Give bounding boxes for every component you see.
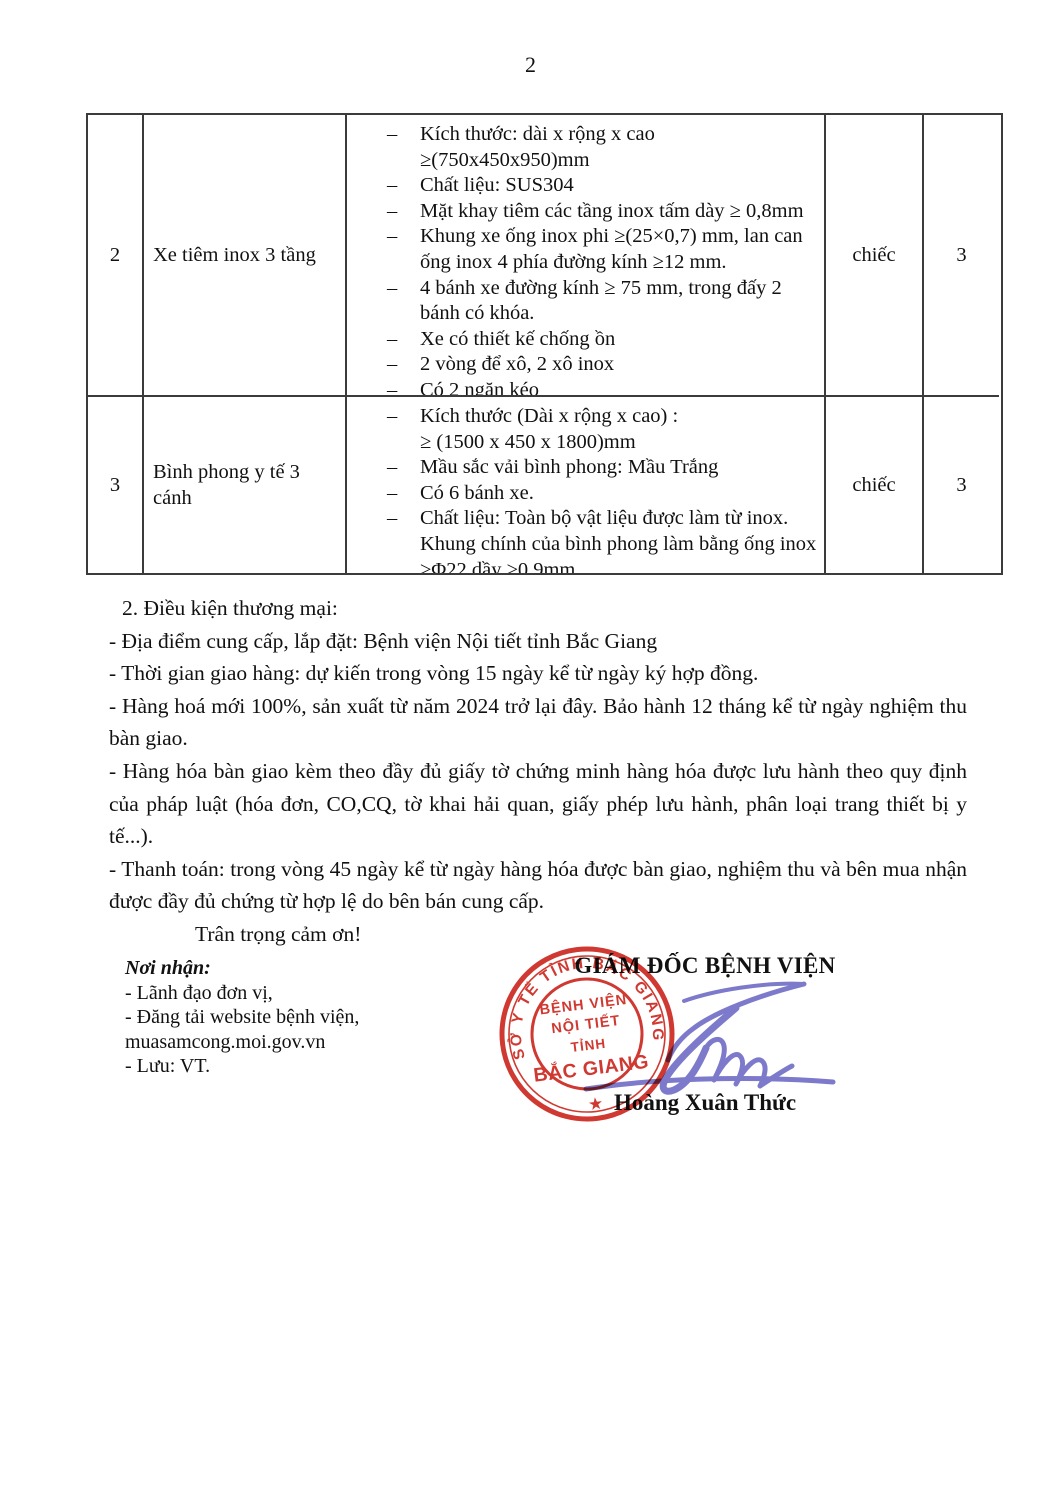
spec-line: ≥(750x450x950)mm [387,148,820,174]
row3-qty-cell: 3 [924,397,999,573]
recipient-line: - Đăng tải website bệnh viện, [125,1005,425,1030]
spec-line: – Chất liệu: Toàn bộ vật liệu được làm t… [387,506,820,532]
condition-documents: - Hàng hóa bàn giao kèm theo đầy đủ giấy… [109,755,967,853]
row3-name-cell: Bình phong y tế 3 cánh [144,397,347,573]
spec-line: bánh có khóa. [387,301,820,327]
recipient-line: muasamcong.moi.gov.vn [125,1030,425,1055]
recipients-block: Nơi nhận: - Lãnh đạo đơn vị, - Đăng tải … [125,956,425,1079]
row3-stt-cell: 3 [88,397,144,573]
recipient-line: - Lưu: VT. [125,1054,425,1079]
spec-line: ≥ (1500 x 450 x 1800)mm [387,430,820,456]
condition-delivery: - Thời gian giao hàng: dự kiến trong vòn… [109,657,967,690]
official-stamp: SỞ Y TẾ TỈNH BẮC GIANG ★ BỆNH VIỆN NỘI T… [495,942,679,1126]
stamp-star-icon: ★ [587,1094,604,1115]
spec-line: – Xe có thiết kế chống ồn [387,327,820,353]
commercial-conditions: 2. Điều kiện thương mại: - Địa điểm cung… [109,592,967,951]
spec-line: ≥Φ22 dầy ≥0,9mm. [387,558,820,573]
spec-line: Khung chính của bình phong làm bằng ống … [387,532,820,558]
spec-line: – Có 2 ngăn kéo [387,378,820,397]
condition-location: - Địa điểm cung cấp, lắp đặt: Bệnh viện … [109,625,967,658]
document-page: { "page": { "number": "2" }, "table": { … [0,0,1061,1500]
spec-line: – Mầu sắc vải bình phong: Mầu Trắng [387,455,820,481]
condition-payment: - Thanh toán: trong vòng 45 ngày kể từ n… [109,853,967,918]
condition-warranty: - Hàng hoá mới 100%, sản xuất từ năm 202… [109,690,967,755]
row2-qty-cell: 3 [924,115,999,397]
stamp-center-line: BẮC GIANG [532,1049,650,1087]
row2-specs-cell: – Kích thước: dài x rộng x cao ≥(750x450… [347,115,826,397]
spec-line: – Có 6 bánh xe. [387,481,820,507]
recipient-line: - Lãnh đạo đơn vị, [125,981,425,1006]
spec-line: – Kích thước: dài x rộng x cao [387,122,820,148]
spec-line: – 2 vòng để xô, 2 xô inox [387,352,820,378]
spec-line: – Kích thước (Dài x rộng x cao) : [387,404,820,430]
stamp-center-line: TỈNH [570,1036,607,1055]
recipients-title: Nơi nhận: [125,956,425,981]
page-number: 2 [0,52,1061,78]
row3-unit-cell: chiếc [826,397,924,573]
spec-line: – Chất liệu: SUS304 [387,173,820,199]
equipment-spec-table: 2 Xe tiêm inox 3 tầng – Kích thước: dài … [86,113,1003,575]
row2-unit-cell: chiếc [826,115,924,397]
row2-stt-cell: 2 [88,115,144,397]
row2-name-cell: Xe tiêm inox 3 tầng [144,115,347,397]
row3-specs-cell: – Kích thước (Dài x rộng x cao) : ≥ (150… [347,397,826,573]
spec-line: – Khung xe ống inox phi ≥(25×0,7) mm, la… [387,224,820,250]
spec-line: ống inox 4 phía đường kính ≥12 mm. [387,250,820,276]
spec-line: – 4 bánh xe đường kính ≥ 75 mm, trong đấ… [387,276,820,302]
spec-line: – Mặt khay tiêm các tầng inox tấm dày ≥ … [387,199,820,225]
section-title: 2. Điều kiện thương mại: [122,592,967,625]
